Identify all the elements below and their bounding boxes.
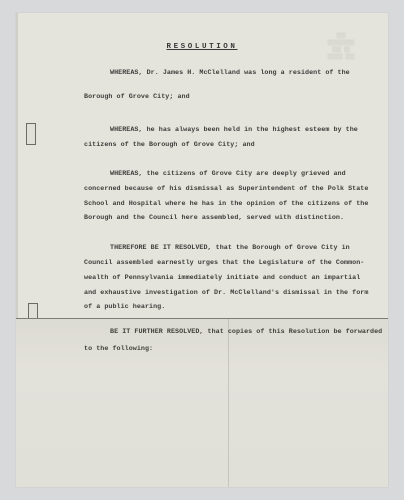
text-line: Borough of Grove City; and <box>84 93 190 101</box>
text-line: THEREFORE BE IT RESOLVED, that the Borou… <box>110 244 350 252</box>
text-line: citizens of the Borough of Grove City; a… <box>84 141 255 149</box>
text-line: WHEREAS, the citizens of Grove City are … <box>110 170 346 178</box>
text-line: wealth of Pennsylvania immediately initi… <box>84 274 360 282</box>
text-line: Borough and the Council here assembled, … <box>84 214 344 222</box>
text-line: School and Hospital where he has in the … <box>84 200 368 208</box>
document-title: RESOLUTION <box>16 43 388 51</box>
document-page: ▒▒▒▒▒▒▒▒▒▒▒▒▒▒▒ ▒▒▒▒▒▒▒ ▒▒▒ RESOLUTION W… <box>16 13 388 487</box>
text-line: concerned because of his dismissal as Su… <box>84 185 368 193</box>
text-line: BE IT FURTHER RESOLVED, that copies of t… <box>110 328 382 336</box>
folded-lower-section <box>16 318 388 487</box>
title-text: RESOLUTION <box>166 43 237 51</box>
faded-stamp: ▒▒▒▒▒▒▒▒▒▒▒▒▒▒▒ ▒▒▒▒▒▒▒ ▒▒▒ <box>306 33 376 73</box>
text-line: and exhaustive investigation of Dr. McCl… <box>84 289 368 297</box>
text-line: of a public hearing. <box>84 303 165 311</box>
fold-line <box>16 318 388 319</box>
punch-hole-mark <box>26 123 36 145</box>
text-line: Council assembled earnestly urges that t… <box>84 259 364 267</box>
punch-hole-mark <box>28 303 38 318</box>
text-line: WHEREAS, Dr. James H. McClelland was lon… <box>110 69 350 77</box>
text-line: to the following: <box>84 345 153 353</box>
text-line: WHEREAS, he has always been held in the … <box>110 126 358 134</box>
vertical-crease <box>228 318 229 487</box>
